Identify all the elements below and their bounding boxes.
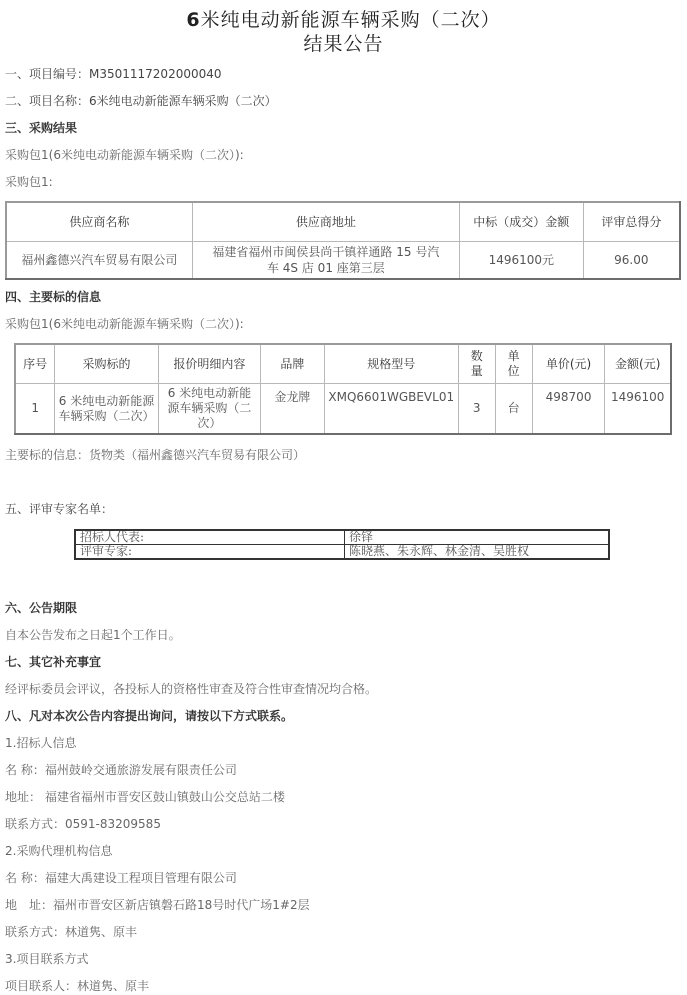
header-supplier-name: 供应商名称 [6, 202, 192, 242]
expert-role-label: 招标人代表: [75, 530, 345, 545]
item-brand: 金龙牌 [261, 384, 325, 435]
agency-info-title: 2.采购代理机构信息 [5, 843, 112, 859]
item-unit: 台 [495, 384, 532, 435]
items-package-label: 采购包1(6米纯电动新能源车辆采购（二次）): [5, 316, 244, 332]
period-text: 自本公告发布之日起1个工作日。 [5, 627, 181, 643]
section-heading-items: 四、主要标的信息 [5, 289, 101, 305]
section-heading-experts: 五、评审专家名单： [5, 501, 113, 517]
header-quantity: 数量 [458, 344, 495, 384]
expert-role-value: 陈晓燕、朱永辉、林金清、吴胜权 [345, 545, 610, 560]
items-table-header: 序号 采购标的 报价明细内容 品牌 规格型号 数量 单位 单价(元) 金额(元) [15, 344, 671, 384]
header-unit-price: 单价(元) [532, 344, 605, 384]
header-model: 规格型号 [324, 344, 458, 384]
project-contact-title: 3.项目联系方式 [5, 951, 88, 967]
page-title: 6米纯电动新能源车辆采购（二次） [0, 9, 687, 31]
item-unit-price: 498700 [532, 384, 605, 435]
expert-role-label: 评审专家: [75, 545, 345, 560]
table-row: 福州鑫德兴汽车贸易有限公司 福建省福州市闽侯县尚干镇祥通路 15 号汽车 4S … [6, 242, 680, 280]
section-heading-supplement: 七、其它补充事宜 [5, 654, 101, 670]
project-number: 一、项目编号：M350111720200004​0 [5, 66, 222, 82]
table-row: 1 6 米纯电动新能源车辆采购（二次） 6 米纯电动新能源车辆采购（二次） 金龙… [15, 384, 671, 435]
table-row: 评审专家: 陈晓燕、朱永辉、林金清、吴胜权 [75, 545, 609, 560]
tenderer-name: 名 称：福州鼓岭交通旅游发展有限责任公司 [5, 762, 237, 778]
header-seq: 序号 [15, 344, 55, 384]
supplier-name: 福州鑫德兴汽车贸易有限公司 [6, 242, 192, 280]
header-total-score: 评审总得分 [583, 202, 680, 242]
agency-name: 名 称：福建大禹建设工程项目管理有限公司 [5, 870, 237, 886]
item-quote-detail: 6 米纯电动新能源车辆采购（二次） [158, 384, 260, 435]
header-award-amount: 中标（成交）金额 [459, 202, 583, 242]
table-row: 招标人代表: 徐铎 [75, 530, 609, 545]
tenderer-phone: 联系方式：0591-83209585 [5, 816, 161, 832]
title-number: 6 [186, 9, 200, 31]
header-unit: 单位 [495, 344, 532, 384]
header-supplier-address: 供应商地址 [192, 202, 459, 242]
result-table-header: 供应商名称 供应商地址 中标（成交）金额 评审总得分 [6, 202, 680, 242]
tenderer-info-title: 1.招标人信息 [5, 735, 76, 751]
package-label: 采购包1(6米纯电动新能源车辆采购（二次）): [5, 147, 244, 163]
total-score: 96.00 [583, 242, 680, 280]
item-subject: 6 米纯电动新能源车辆采购（二次） [55, 384, 158, 435]
header-quote-detail: 报价明细内容 [158, 344, 260, 384]
agency-address: 地 址：福州市晋安区新店镇磐石路18号时代广场1#2层 [5, 897, 310, 913]
tenderer-address: 地址： 福建省福州市晋安区鼓山镇鼓山公交总站二楼 [5, 789, 285, 805]
header-subject: 采购标的 [55, 344, 158, 384]
package-label-short: 采购包1: [5, 174, 53, 190]
result-table: 供应商名称 供应商地址 中标（成交）金额 评审总得分 福州鑫德兴汽车贸易有限公司… [5, 201, 681, 280]
award-amount: 1496100元 [459, 242, 583, 280]
project-name: 二、项目名称：6米纯电动新能源车辆采购（二次） [5, 93, 277, 109]
expert-role-value: 徐铎 [345, 530, 610, 545]
item-quantity: 3 [458, 384, 495, 435]
agency-contact: 联系方式：林道隽、原丰 [5, 924, 137, 940]
item-model: XMQ6601WGBEVL01 [324, 384, 458, 435]
item-seq: 1 [15, 384, 55, 435]
main-subject-note: 主要标的信息：货物类（福州鑫德兴汽车贸易有限公司） [5, 447, 305, 463]
supplier-address: 福建省福州市闽侯县尚干镇祥通路 15 号汽车 4S 店 01 座第三层 [192, 242, 459, 280]
item-amount: 1496100 [605, 384, 671, 435]
page-subtitle: 结果公告 [0, 33, 687, 55]
supplement-text: 经评标委员会评议，各投标人的资格性审查及符合性审查情况均合格。 [5, 681, 377, 697]
header-amount: 金额(元) [605, 344, 671, 384]
section-heading-period: 六、公告期限 [5, 600, 77, 616]
project-contact-person: 项目联系人：林道隽、原丰 [5, 978, 149, 994]
header-brand: 品牌 [261, 344, 325, 384]
items-table: 序号 采购标的 报价明细内容 品牌 规格型号 数量 单位 单价(元) 金额(元)… [14, 343, 672, 435]
section-heading-contact: 八、凡对本次公告内容提出询问，请按以下方式联系。 [5, 708, 293, 724]
section-heading-results: 三、采购结果 [5, 120, 77, 136]
experts-table: 招标人代表: 徐铎 评审专家: 陈晓燕、朱永辉、林金清、吴胜权 [74, 529, 610, 560]
title-text: 米纯电动新能源车辆采购（二次） [201, 9, 501, 31]
